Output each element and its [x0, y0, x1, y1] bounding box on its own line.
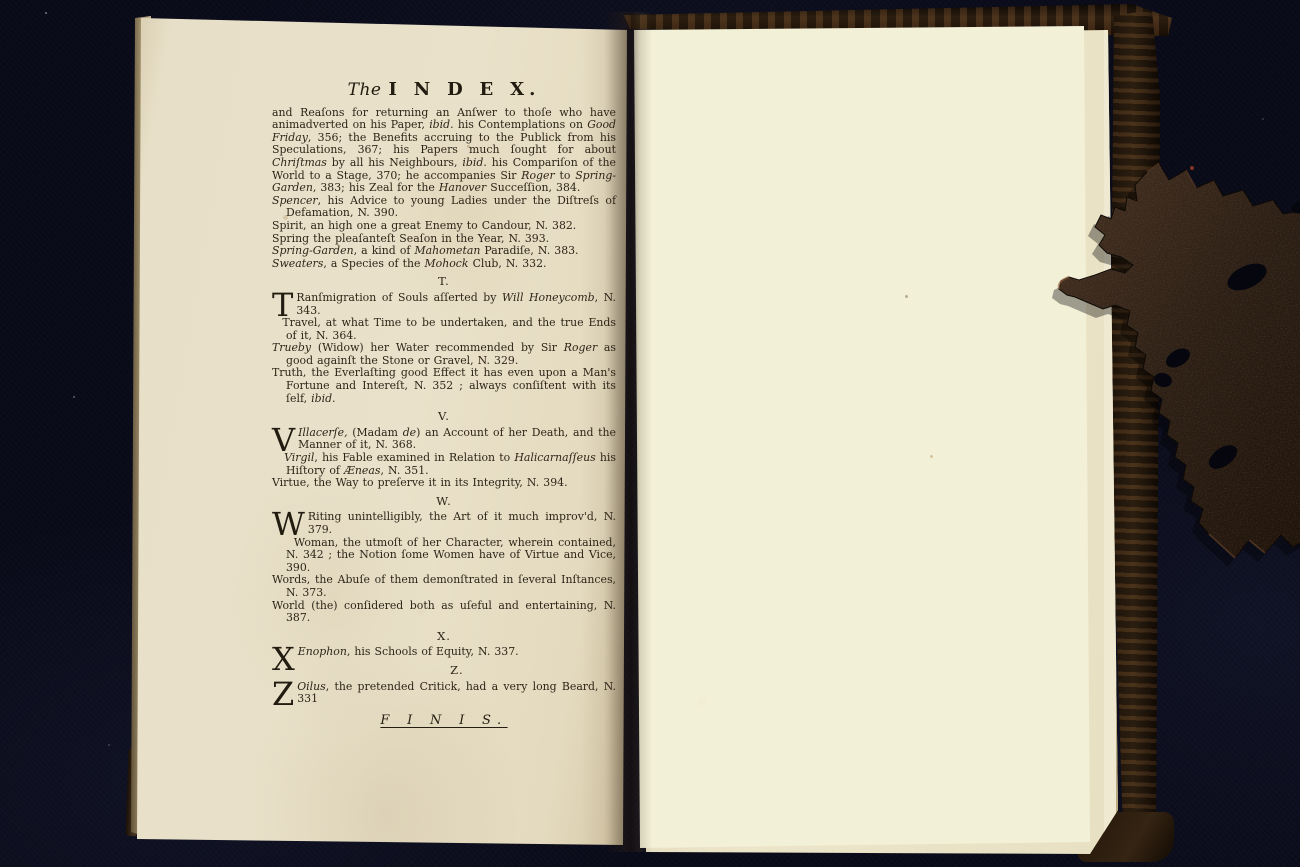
book-clasp — [1055, 147, 1300, 587]
section-heading: X. — [272, 630, 616, 643]
index-entry: ZOilus, the pretended Critick, had a ver… — [272, 681, 616, 706]
index-entry: XEnophon, his Schools of Equity, N. 337. — [272, 646, 616, 659]
index-entries: and Reaſons for returning an Anſwer to t… — [272, 107, 616, 706]
index-entry: Sweaters, a Species of the Mohock Club, … — [272, 258, 616, 271]
section-heading: Z. — [272, 664, 616, 677]
photo-of-open-book: TheI N D E X. and Reaſons for returning … — [0, 0, 1300, 867]
index-text-block: TheI N D E X. and Reaſons for returning … — [272, 84, 616, 727]
drop-cap: X — [272, 646, 298, 672]
section-heading: W. — [272, 495, 616, 508]
page-title-index: I N D E X. — [388, 79, 540, 100]
index-entry: Travel, at what Time to be undertaken, a… — [272, 317, 616, 342]
drop-cap: T — [272, 292, 296, 318]
index-entry: Virtue, the Way to preſerve it in its In… — [272, 477, 616, 490]
left-page-index: TheI N D E X. and Reaſons for returning … — [135, 12, 629, 847]
paper-foxing-spots — [0, 0, 3, 3]
index-entry: and Reaſons for returning an Anſwer to t… — [272, 107, 616, 195]
index-entry: Trueby (Widow) her Water recommended by … — [272, 342, 616, 367]
section-heading: T. — [272, 275, 616, 288]
index-entry: WRiting unintelligibly, the Art of it mu… — [272, 511, 616, 536]
index-entry: Spencer, his Advice to young Ladies unde… — [272, 195, 616, 220]
section-heading: V. — [272, 410, 616, 423]
drop-cap: Z — [272, 681, 297, 707]
index-entry: Words, the Abuſe of them demonſtrated in… — [272, 574, 616, 599]
index-entry: Woman, the utmoſt of her Character, wher… — [272, 537, 616, 575]
page-title: TheI N D E X. — [272, 84, 616, 99]
right-page-blank — [634, 24, 1090, 848]
index-entry: Virgil, his Fable examined in Relation t… — [272, 452, 616, 477]
page-gutter-shadow — [604, 12, 652, 852]
index-entry: TRanſmigration of Souls aſſerted by Will… — [272, 292, 616, 317]
clasp-texture — [1055, 147, 1300, 587]
index-entry: World (the) conſidered both as uſeful an… — [272, 600, 616, 625]
finis-label: F I N I S. — [272, 715, 616, 728]
page-title-the: The — [348, 80, 382, 100]
drop-cap: W — [272, 511, 308, 537]
index-entry: Truth, the Everlaſting good Effect it ha… — [272, 367, 616, 405]
drop-cap: V — [272, 427, 298, 453]
index-entry: VIllacerſe, (Madam de) an Account of her… — [272, 427, 616, 452]
